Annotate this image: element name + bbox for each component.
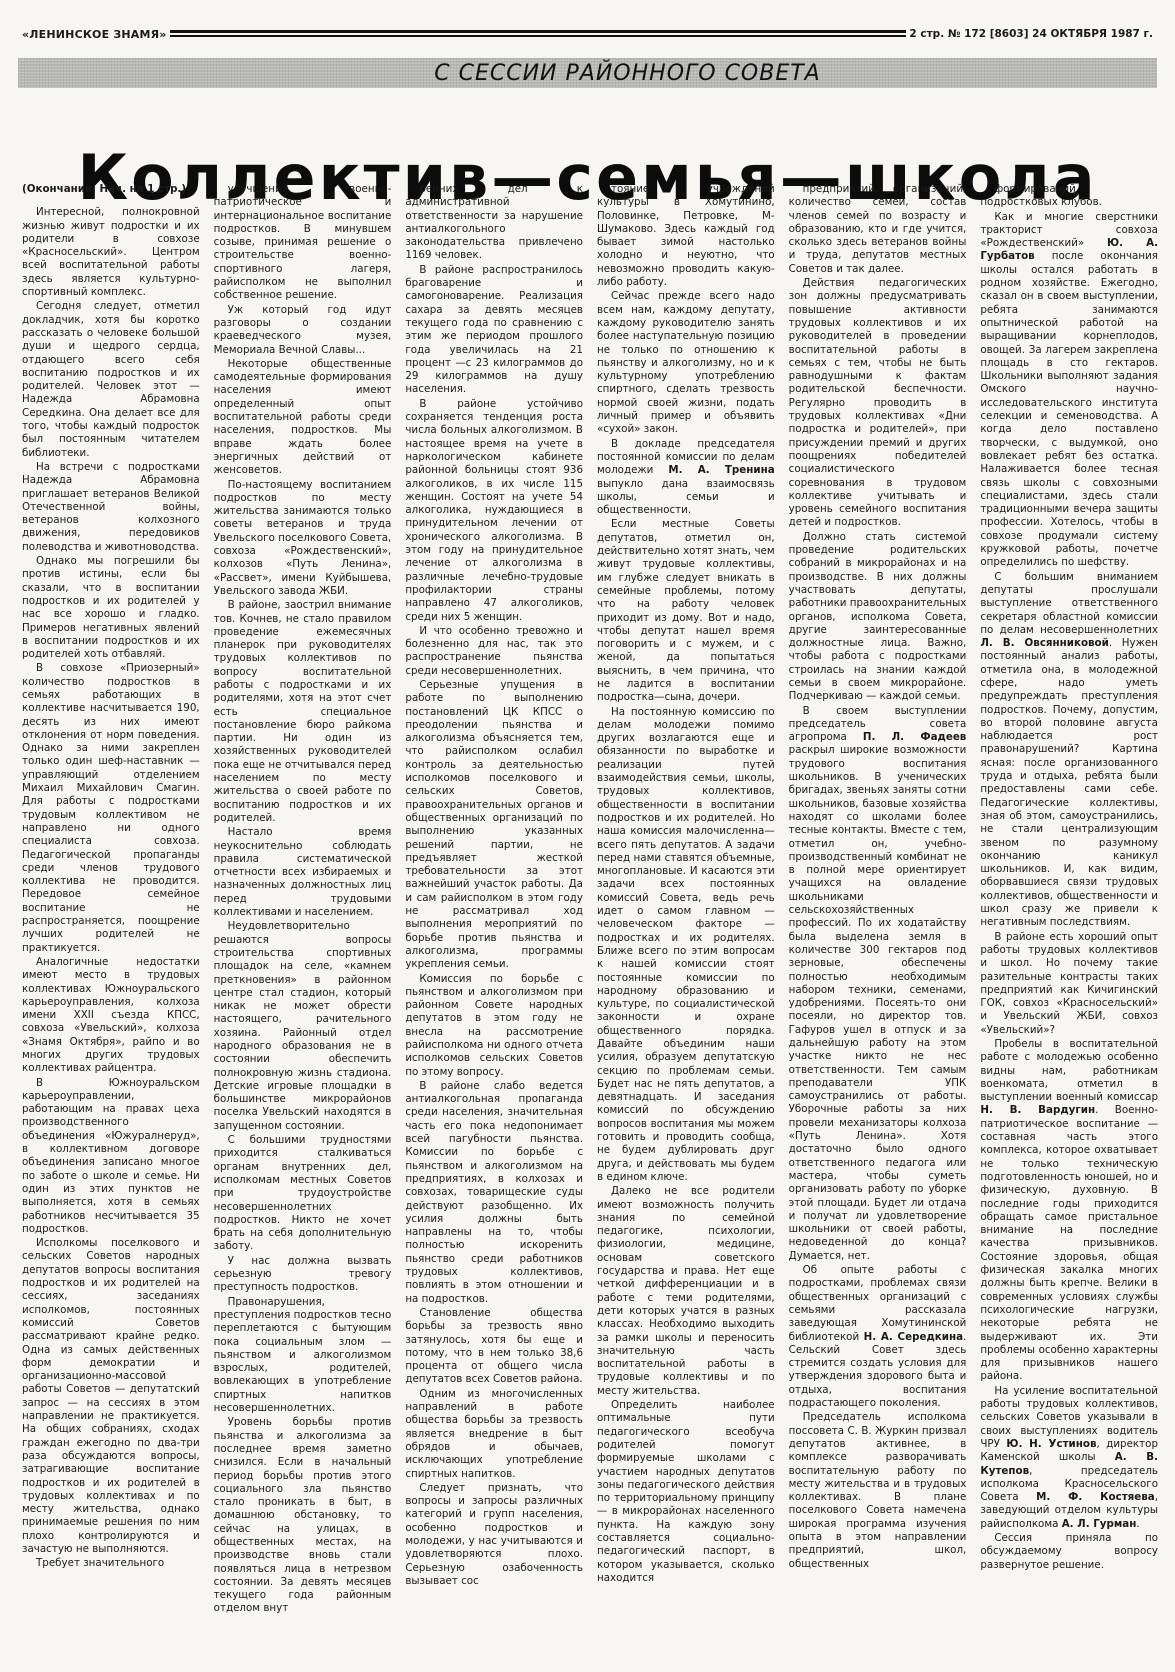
newspaper-title: «ЛЕНИНСКОЕ ЗНАМЯ»	[22, 28, 167, 41]
paragraph: Следует признать, что вопросы и запросы …	[405, 1482, 583, 1588]
paragraph: По-настоящему воспитанием подростков по …	[214, 479, 392, 599]
article-column-3: ренних дел к административной ответствен…	[405, 183, 583, 1653]
article-column-4: тояние учреждений культуры в Хомутинино,…	[597, 183, 775, 1653]
continuation-note: (Окончание. Нач. на 1 стр.)	[22, 183, 200, 196]
paragraph: Председатель исполкома поссовета С. В. Ж…	[789, 1411, 967, 1571]
paragraph: Серьезные упущения в работе по выполнени…	[405, 679, 583, 972]
paragraph: формирований, подростковых клубов.	[980, 183, 1158, 210]
paragraph: Сессия приняла по обсуждаемому вопросу р…	[980, 1532, 1158, 1572]
paragraph: С большим вниманием депутаты прослушали …	[980, 571, 1158, 930]
paragraph: Как и многие сверстники тракторист совхо…	[980, 211, 1158, 570]
paragraph: Пробелы в воспитательной работе с молоде…	[980, 1038, 1158, 1384]
paragraph: С большими трудностями приходится сталки…	[214, 1134, 392, 1254]
article-body: (Окончание. Нач. на 1 стр.) Интересной, …	[22, 183, 1158, 1653]
paragraph: Требует значительного	[22, 1557, 200, 1570]
paragraph: На усиление воспитательной работы трудов…	[980, 1385, 1158, 1531]
paragraph: Если местные Советы депутатов, отметил о…	[597, 518, 775, 704]
paragraph: На постоянную комиссию по делам молодежи…	[597, 706, 775, 1185]
paragraph: Сегодня следует, отметил докладчик, хотя…	[22, 300, 200, 460]
paragraph: предприятий, организаций, количество сем…	[789, 183, 967, 276]
paragraph: В совхозе «Приозерный» количество подрос…	[22, 662, 200, 955]
masthead: «ЛЕНИНСКОЕ ЗНАМЯ» 2 стр. № 172 [8603] 24…	[22, 24, 1153, 44]
paragraph: Аналогичные недостатки имеют место в тру…	[22, 956, 200, 1076]
paragraph: Правонарушения, преступления подростков …	[214, 1296, 392, 1416]
paragraph: Одним из многочисленных направлений в ра…	[405, 1388, 583, 1481]
paragraph: В своем выступлении председатель совета …	[789, 705, 967, 1263]
paragraph: В докладе председателя постоянной комисс…	[597, 438, 775, 518]
issue-info: 2 стр. № 172 [8603] 24 ОКТЯБРЯ 1987 г.	[909, 28, 1153, 40]
paragraph: Однако мы погрешили бы против истины, ес…	[22, 555, 200, 661]
paragraph: Действия педагогических зон должны преду…	[789, 277, 967, 530]
paragraph: Сейчас прежде всего надо всем нам, каждо…	[597, 290, 775, 436]
paragraph: В районе распространилось браговарение и…	[405, 264, 583, 397]
paragraph: Некоторые общественные самодеятельные фо…	[214, 358, 392, 478]
paragraph: Неудовлетворительно решаются вопросы стр…	[214, 920, 392, 1133]
article-column-6: формирований, подростковых клубов.Как и …	[980, 183, 1158, 1653]
paragraph: Уровень борьбы против пьянства и алкогол…	[214, 1416, 392, 1615]
paragraph: улучшения военно-патриотическое и интерн…	[214, 183, 392, 303]
paragraph: Должно стать системой проведение родител…	[789, 531, 967, 704]
paragraph: ренних дел к административной ответствен…	[405, 183, 583, 263]
paragraph: В районе устойчиво сохраняется тенденция…	[405, 398, 583, 624]
article-column-1: (Окончание. Нач. на 1 стр.) Интересной, …	[22, 183, 200, 1653]
masthead-rules	[170, 27, 907, 41]
paragraph: У нас должна вызвать серьезную тревогу п…	[214, 1255, 392, 1295]
paragraph: Исполкомы поселкового и сельских Советов…	[22, 1237, 200, 1556]
paragraph: В районе, заострил внимание тов. Кочнев,…	[214, 599, 392, 825]
paragraph: Об опыте работы с подростками, проблемах…	[789, 1264, 967, 1410]
paragraph: Уж который год идут разговоры о создании…	[214, 304, 392, 357]
paragraph: тояние учреждений культуры в Хомутинино,…	[597, 183, 775, 289]
article-column-2: улучшения военно-патриотическое и интерн…	[214, 183, 392, 1653]
paragraph: Становление общества борьбы за трезвость…	[405, 1307, 583, 1387]
paragraph: В Южноуральском карьероуправлении, работ…	[22, 1077, 200, 1237]
paragraph: И что особенно тревожно и болезненно для…	[405, 625, 583, 678]
paragraph: В районе есть хороший опыт работы трудов…	[980, 931, 1158, 1037]
paragraph: Определить наиболее оптимальные пути пед…	[597, 1399, 775, 1585]
paragraph: В районе слабо ведется антиалкогольная п…	[405, 1080, 583, 1306]
rubric-title: С СЕССИИ РАЙОННОГО СОВЕТА	[434, 61, 820, 86]
paragraph: Настало время неукоснительно соблюдать п…	[214, 826, 392, 919]
rubric-banner: С СЕССИИ РАЙОННОГО СОВЕТА	[18, 58, 1157, 88]
paragraph: Интересной, полнокровной жизнью живут по…	[22, 206, 200, 299]
paragraph: Комиссия по борьбе с пьянством и алкогол…	[405, 973, 583, 1079]
paragraph: На встречи с подростками Надежда Абрамов…	[22, 461, 200, 554]
paragraph: Далеко не все родители имеют возможность…	[597, 1185, 775, 1398]
article-column-5: предприятий, организаций, количество сем…	[789, 183, 967, 1653]
